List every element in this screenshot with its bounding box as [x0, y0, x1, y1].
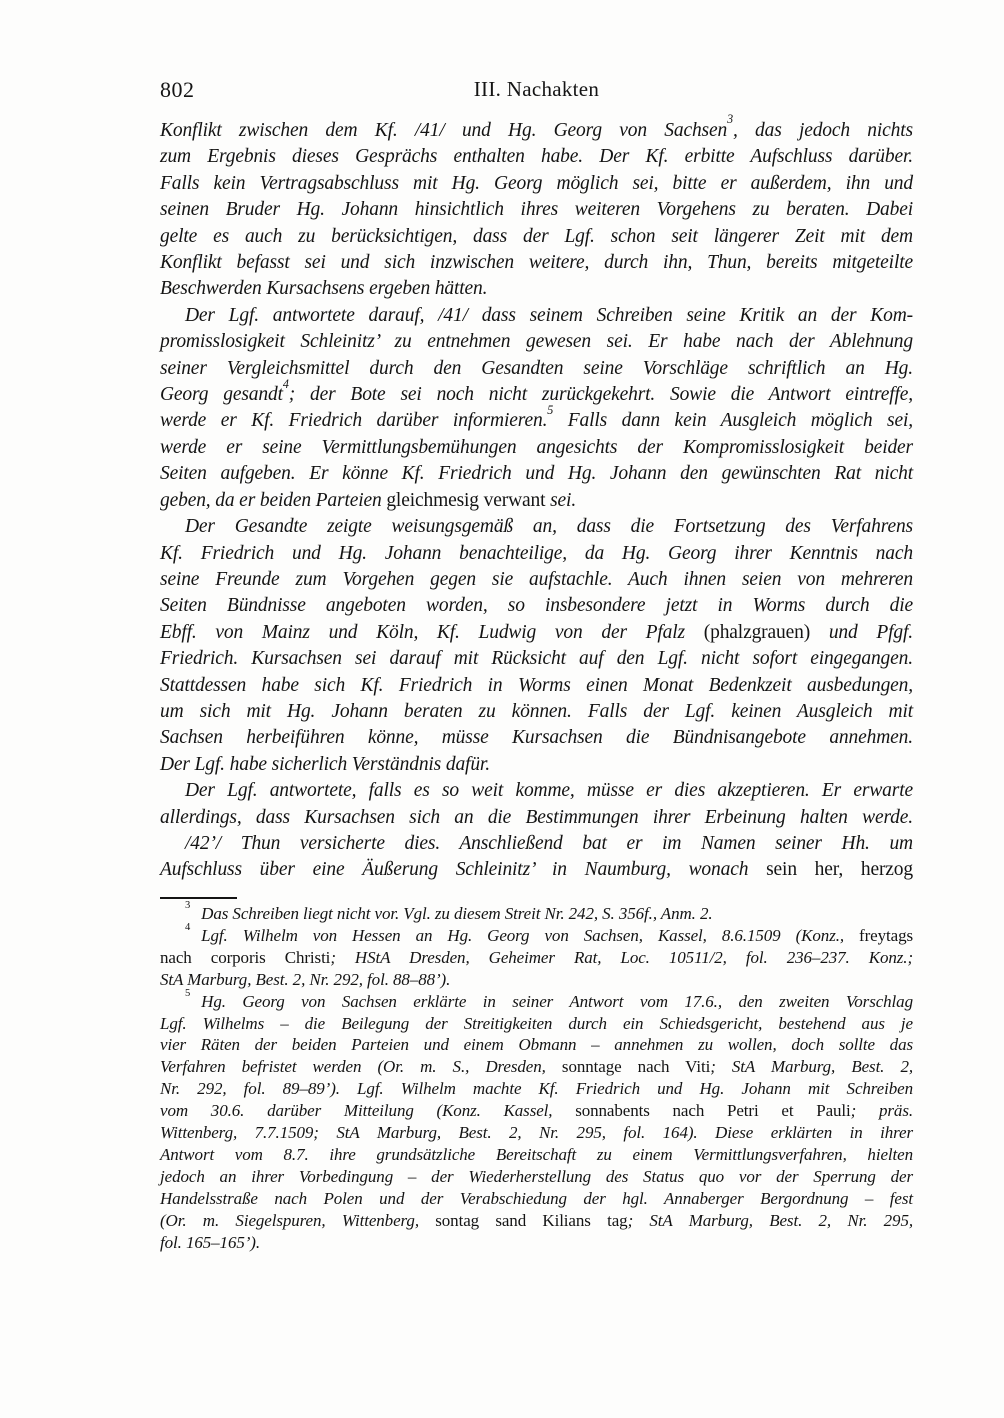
text-line: (Or. m. Siegelspuren, Wittenberg, sontag…: [160, 1210, 913, 1232]
footnote-item: 4Lgf. Wilhelm von Hessen an Hg. Georg vo…: [160, 925, 913, 991]
text-line: Handelsstraße nach Polen und der Verabsc…: [160, 1188, 913, 1210]
text-line: 5Hg. Georg von Sachsen erklärte in seine…: [160, 991, 913, 1013]
footnote-block: 3Das Schreiben liegt nicht vor. Vgl. zu …: [160, 903, 913, 1254]
body-paragraph: /42’/ Thun versicherte dies. Anschließen…: [160, 831, 913, 884]
italic-text-segment: /42’/ Thun versicherte dies. Anschließen…: [185, 833, 913, 854]
italic-text-segment: StA Marburg, Best. 2, Nr. 292, fol. 88–8…: [160, 970, 450, 989]
text-line: fol. 165–165’).: [160, 1232, 913, 1254]
text-line: Seiten Bündnisse angeboten worden, so in…: [160, 593, 913, 619]
italic-text-segment: Konflikt zwischen dem Kf. /41/ und Hg. G…: [160, 120, 727, 141]
footnote-number: 4: [185, 922, 190, 933]
text-line: Sachsen herbeiführen könne, müsse Kursac…: [160, 725, 913, 751]
italic-text-segment: Seiten Bündnisse angeboten worden, so in…: [160, 595, 913, 616]
text-line: Der Gesandte zeigte weisungsgemäß an, da…: [160, 514, 913, 540]
body-paragraph: Der Lgf. antwortete darauf, /41/ dass se…: [160, 303, 913, 514]
italic-text-segment: ; StA Marburg, Best. 2,: [710, 1057, 913, 1076]
page-number: 802: [160, 77, 195, 103]
body-paragraph: Der Gesandte zeigte weisungsgemäß an, da…: [160, 514, 913, 778]
italic-text-segment: seine Freunde zum Vorgehen gegen sie auf…: [160, 569, 913, 590]
footnote-number: 5: [185, 988, 190, 999]
italic-text-segment: ; präs.: [851, 1101, 913, 1120]
book-page: 802 III. Nachakten Konflikt zwischen dem…: [0, 0, 1004, 1418]
italic-text-segment: Hg. Georg von Sachsen erklärte in seiner…: [201, 992, 913, 1011]
italic-text-segment: ; der Bote sei noch nicht zurückgekehrt.…: [289, 384, 913, 405]
italic-text-segment: Sachsen herbeiführen könne, müsse Kursac…: [160, 727, 913, 748]
text-line: Stattdessen habe sich Kf. Friedrich in W…: [160, 673, 913, 699]
italic-text-segment: Das Schreiben liegt nicht vor. Vgl. zu d…: [201, 904, 712, 923]
text-line: Beschwerden Kursachsens ergeben hätten.: [160, 276, 913, 302]
text-line: werde er seine Vermittlungsbemühungen an…: [160, 435, 913, 461]
italic-text-segment: gelte es auch zu berücksichtigen, dass d…: [160, 226, 913, 247]
italic-text-segment: um sich mit Hg. Johann beraten zu können…: [160, 701, 913, 722]
italic-text-segment: vom 30.6. darüber Mitteilung (Konz. Kass…: [160, 1101, 575, 1120]
text-line: werde er Kf. Friedrich darüber informier…: [160, 408, 913, 434]
roman-text-segment: (phalzgrauen): [704, 622, 810, 643]
italic-text-segment: ; StA Marburg, Best. 2, Nr. 295,: [628, 1211, 913, 1230]
italic-text-segment: werde er Kf. Friedrich darüber informier…: [160, 410, 547, 431]
roman-text-segment: sonntage nach Viti: [562, 1057, 710, 1076]
italic-text-segment: Stattdessen habe sich Kf. Friedrich in W…: [160, 675, 913, 696]
italic-text-segment: allerdings, dass Kursachsen sich an die …: [160, 807, 913, 828]
italic-text-segment: Der Lgf. habe sicherlich Verständnis daf…: [160, 754, 490, 775]
italic-text-segment: zum Ergebnis dieses Gesprächs enthalten …: [160, 146, 913, 167]
text-line: Antwort vom 8.7. ihre grundsätzliche Ber…: [160, 1144, 913, 1166]
italic-text-segment: Nr. 292, fol. 89–89’). Lgf. Wilhelm mach…: [160, 1079, 913, 1098]
footnote-reference: 5: [547, 403, 553, 417]
italic-text-segment: Falls dann kein Ausgleich möglich sei,: [553, 410, 913, 431]
italic-text-segment: Konflikt befasst sei und sich inzwischen…: [160, 252, 913, 273]
italic-text-segment: Kf. Friedrich und Hg. Johann benachteili…: [160, 543, 913, 564]
text-line: nach corporis Christi; HStA Dresden, Geh…: [160, 947, 913, 969]
roman-text-segment: gleichmesig verwant: [386, 490, 545, 511]
text-line: seine Freunde zum Vorgehen gegen sie auf…: [160, 567, 913, 593]
text-line: vom 30.6. darüber Mitteilung (Konz. Kass…: [160, 1100, 913, 1122]
text-line: jedoch an ihrer Vorbedingung – der Wiede…: [160, 1166, 913, 1188]
text-line: Ebff. von Mainz und Köln, Kf. Ludwig von…: [160, 620, 913, 646]
text-line: Friedrich. Kursachsen sei darauf mit Rüc…: [160, 646, 913, 672]
text-line: Aufschluss über eine Äußerung Schleinitz…: [160, 857, 913, 883]
footnote-divider: [160, 897, 237, 899]
italic-text-segment: Georg gesandt: [160, 384, 283, 405]
text-line: seinen Bruder Hg. Johann hinsichtlich ih…: [160, 197, 913, 223]
italic-text-segment: (Or. m. Siegelspuren, Wittenberg,: [160, 1211, 435, 1230]
italic-text-segment: , das jedoch nichts: [733, 120, 913, 141]
italic-text-segment: Ebff. von Mainz und Köln, Kf. Ludwig von…: [160, 622, 704, 643]
italic-text-segment: vier Räten der beiden Parteien und einem…: [160, 1035, 913, 1054]
text-line: 4Lgf. Wilhelm von Hessen an Hg. Georg vo…: [160, 925, 913, 947]
italic-text-segment: geben, da er beiden Parteien: [160, 490, 386, 511]
italic-text-segment: Wittenberg, 7.7.1509; StA Marburg, Best.…: [160, 1123, 913, 1142]
footnote-number: 3: [185, 900, 190, 911]
italic-text-segment: werde er seine Vermittlungsbemühungen an…: [160, 437, 913, 458]
text-line: vier Räten der beiden Parteien und einem…: [160, 1034, 913, 1056]
text-line: /42’/ Thun versicherte dies. Anschließen…: [160, 831, 913, 857]
italic-text-segment: Beschwerden Kursachsens ergeben hätten.: [160, 278, 487, 299]
footnote-item: 3Das Schreiben liegt nicht vor. Vgl. zu …: [160, 903, 913, 925]
italic-text-segment: ; HStA Dresden, Geheimer Rat, Loc. 10511…: [330, 948, 913, 967]
footnote-item: 5Hg. Georg von Sachsen erklärte in seine…: [160, 991, 913, 1254]
italic-text-segment: seinen Bruder Hg. Johann hinsichtlich ih…: [160, 199, 913, 220]
body-paragraph: Konflikt zwischen dem Kf. /41/ und Hg. G…: [160, 118, 913, 303]
text-line: Der Lgf. antwortete darauf, /41/ dass se…: [160, 303, 913, 329]
text-line: promisslosigkeit Schleinitz’ zu entnehme…: [160, 329, 913, 355]
italic-text-segment: Der Gesandte zeigte weisungsgemäß an, da…: [185, 516, 913, 537]
text-line: geben, da er beiden Parteien gleichmesig…: [160, 488, 913, 514]
text-line: Verfahren befristet werden (Or. m. S., D…: [160, 1056, 913, 1078]
roman-text-segment: sontag sand Kilians tag: [435, 1211, 627, 1230]
text-line: Der Lgf. habe sicherlich Verständnis daf…: [160, 752, 913, 778]
italic-text-segment: promisslosigkeit Schleinitz’ zu entnehme…: [160, 331, 913, 352]
roman-text-segment: freytags: [859, 926, 913, 945]
italic-text-segment: Antwort vom 8.7. ihre grundsätzliche Ber…: [160, 1145, 913, 1164]
text-line: zum Ergebnis dieses Gesprächs enthalten …: [160, 144, 913, 170]
italic-text-segment: Der Lgf. antwortete, falls es so weit ko…: [185, 780, 913, 801]
text-line: Kf. Friedrich und Hg. Johann benachteili…: [160, 541, 913, 567]
italic-text-segment: und Pfgf.: [810, 622, 913, 643]
italic-text-segment: Aufschluss über eine Äußerung Schleinitz…: [160, 859, 766, 880]
italic-text-segment: seiner Vergleichsmittel durch den Gesand…: [160, 358, 913, 379]
running-head: 802 III. Nachakten: [160, 77, 913, 105]
italic-text-segment: Verfahren befristet werden (Or. m. S., D…: [160, 1057, 562, 1076]
italic-text-segment: Falls kein Vertragsabschluss mit Hg. Geo…: [160, 173, 913, 194]
body-paragraph: Der Lgf. antwortete, falls es so weit ko…: [160, 778, 913, 831]
text-line: Georg gesandt4; der Bote sei noch nicht …: [160, 382, 913, 408]
italic-text-segment: Der Lgf. antwortete darauf, /41/ dass se…: [185, 305, 913, 326]
footnote-reference: 4: [283, 377, 289, 391]
text-line: Der Lgf. antwortete, falls es so weit ko…: [160, 778, 913, 804]
text-line: StA Marburg, Best. 2, Nr. 292, fol. 88–8…: [160, 969, 913, 991]
italic-text-segment: Seiten aufgeben. Er könne Kf. Friedrich …: [160, 463, 913, 484]
text-line: Seiten aufgeben. Er könne Kf. Friedrich …: [160, 461, 913, 487]
italic-text-segment: Handelsstraße nach Polen und der Verabsc…: [160, 1189, 913, 1208]
text-line: Konflikt zwischen dem Kf. /41/ und Hg. G…: [160, 118, 913, 144]
italic-text-segment: Lgf. Wilhelm von Hessen an Hg. Georg von…: [201, 926, 859, 945]
text-line: Lgf. Wilhelms – die Beilegung der Streit…: [160, 1013, 913, 1035]
running-header-title: III. Nachakten: [160, 77, 913, 102]
text-line: Falls kein Vertragsabschluss mit Hg. Geo…: [160, 171, 913, 197]
text-line: Nr. 292, fol. 89–89’). Lgf. Wilhelm mach…: [160, 1078, 913, 1100]
text-line: seiner Vergleichsmittel durch den Gesand…: [160, 356, 913, 382]
footnote-reference: 3: [727, 112, 733, 126]
roman-text-segment: sein her, herzog: [766, 859, 913, 880]
text-line: Wittenberg, 7.7.1509; StA Marburg, Best.…: [160, 1122, 913, 1144]
italic-text-segment: Friedrich. Kursachsen sei darauf mit Rüc…: [160, 648, 913, 669]
main-text-block: Konflikt zwischen dem Kf. /41/ und Hg. G…: [160, 118, 913, 884]
roman-text-segment: nach corporis Christi: [160, 948, 330, 967]
text-line: allerdings, dass Kursachsen sich an die …: [160, 805, 913, 831]
roman-text-segment: sonnabents nach Petri et Pauli: [575, 1101, 850, 1120]
text-line: Konflikt befasst sei und sich inzwischen…: [160, 250, 913, 276]
text-line: um sich mit Hg. Johann beraten zu können…: [160, 699, 913, 725]
italic-text-segment: jedoch an ihrer Vorbedingung – der Wiede…: [160, 1167, 913, 1186]
italic-text-segment: sei.: [545, 490, 576, 511]
text-line: gelte es auch zu berücksichtigen, dass d…: [160, 224, 913, 250]
text-line: 3Das Schreiben liegt nicht vor. Vgl. zu …: [160, 903, 913, 925]
italic-text-segment: fol. 165–165’).: [160, 1233, 260, 1252]
italic-text-segment: Lgf. Wilhelms – die Beilegung der Streit…: [160, 1014, 913, 1033]
